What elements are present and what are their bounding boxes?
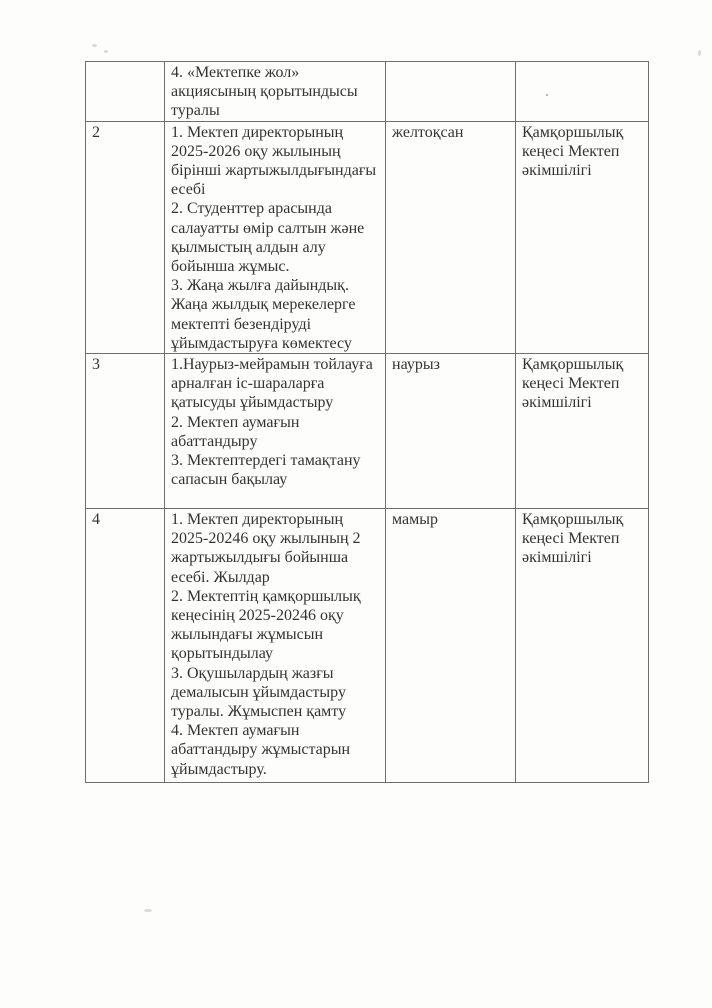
row-responsible <box>516 62 649 122</box>
row-number: 4 <box>86 509 165 783</box>
scan-speck <box>104 50 108 53</box>
row-topics: 1. Мектеп директорының 2025-20246 оқу жы… <box>165 509 386 783</box>
row-topics: 1. Мектеп директорының 2025-2026 оқу жыл… <box>165 121 386 353</box>
row-responsible: Қамқоршылық кеңесі Мектеп әкімшілігі <box>516 121 649 353</box>
row-number <box>86 62 165 122</box>
table-row: 4 1. Мектеп директорының 2025-20246 оқу … <box>86 509 649 783</box>
row-period: наурыз <box>386 354 516 509</box>
row-responsible: Қамқоршылық кеңесі Мектеп әкімшілігі <box>516 354 649 509</box>
topic-item: 1.Наурыз-мейрамын тойлауға арналған іс-ш… <box>171 355 379 413</box>
row-number: 2 <box>86 121 165 353</box>
row-period <box>386 62 516 122</box>
topic-item: 2. Мектептің қамқоршылық кеңесінің 2025-… <box>171 587 379 664</box>
topic-item: 3. Мектептердегі тамақтану сапасын бақыл… <box>171 451 379 489</box>
table-row: 2 1. Мектеп директорының 2025-2026 оқу ж… <box>86 121 649 353</box>
topic-item: 3. Оқушылардың жазғы демалысын ұйымдасты… <box>171 664 379 722</box>
scan-speck <box>698 50 701 56</box>
topic-item: 4. «Мектепке жол» акциясының қорытындысы… <box>171 63 379 121</box>
row-topics: 1.Наурыз-мейрамын тойлауға арналған іс-ш… <box>165 354 386 509</box>
scan-speck <box>92 44 97 47</box>
row-period: желтоқсан <box>386 121 516 353</box>
topic-item: 1. Мектеп директорының 2025-2026 оқу жыл… <box>171 123 379 200</box>
topic-item: 2. Студенттер арасында салауатты өмір са… <box>171 199 379 276</box>
row-topics: 4. «Мектепке жол» акциясының қорытындысы… <box>165 62 386 122</box>
row-number: 3 <box>86 354 165 509</box>
row-responsible: Қамқоршылық кеңесі Мектеп әкімшілігі <box>516 509 649 783</box>
table-row: 4. «Мектепке жол» акциясының қорытындысы… <box>86 62 649 122</box>
topic-item: 3. Жаңа жылға дайындық. Жаңа жылдық мере… <box>171 276 379 353</box>
topic-item: 4. Мектеп аумағын абаттандыру жұмыстарын… <box>171 721 379 779</box>
scan-speck <box>144 909 152 912</box>
row-period: мамыр <box>386 509 516 783</box>
table-row: 3 1.Наурыз-мейрамын тойлауға арналған іс… <box>86 354 649 509</box>
topic-item: 1. Мектеп директорының 2025-20246 оқу жы… <box>171 510 379 587</box>
topic-item: 2. Мектеп аумағын абаттандыру <box>171 413 379 451</box>
plan-table: 4. «Мектепке жол» акциясының қорытындысы… <box>85 61 649 783</box>
